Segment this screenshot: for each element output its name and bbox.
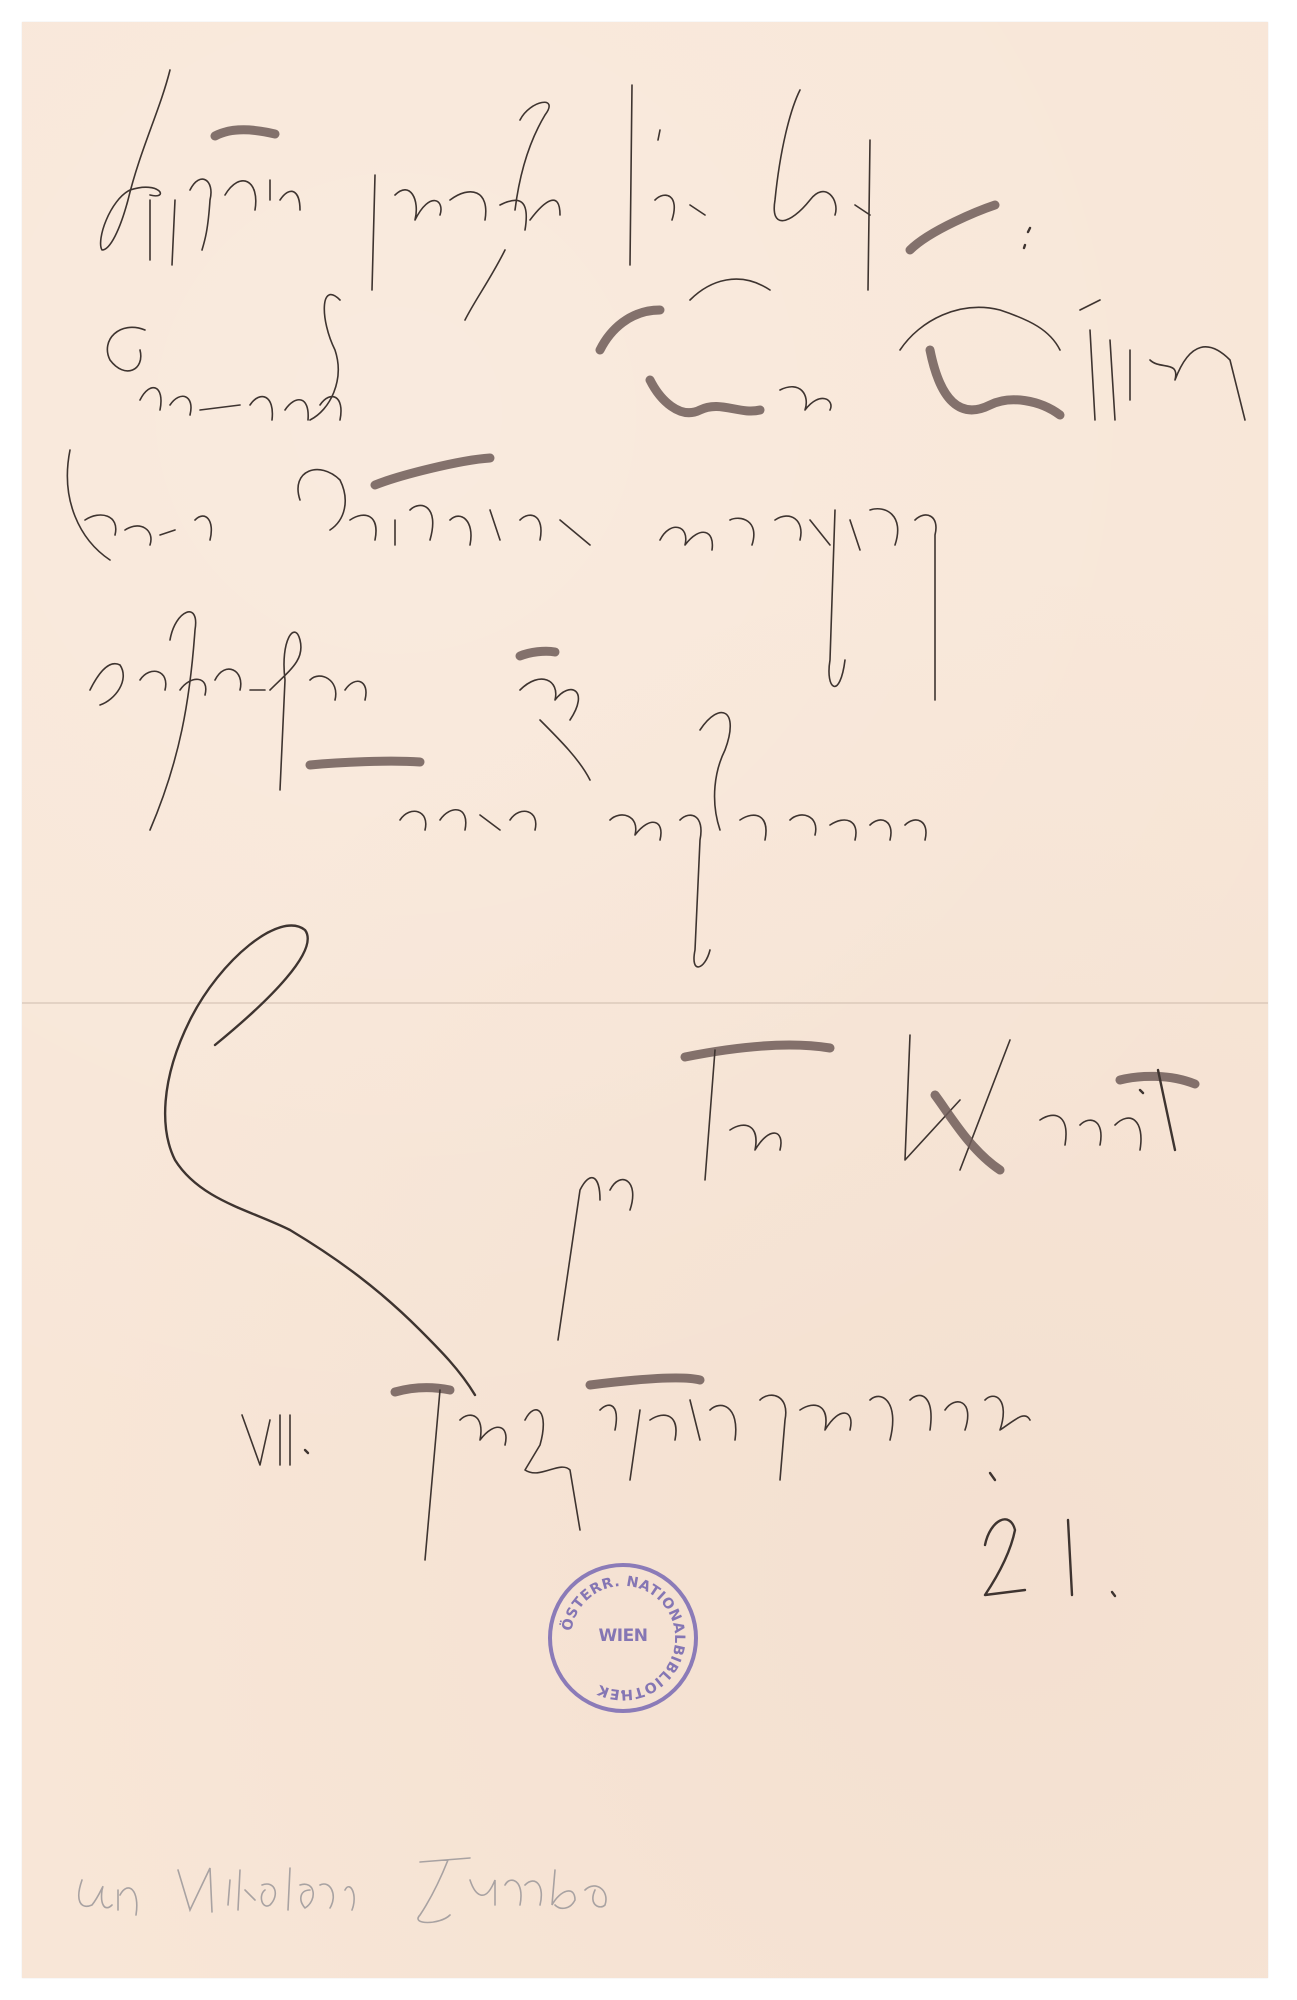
handwriting-line-4	[90, 612, 590, 830]
handwriting-line-1	[101, 70, 1030, 320]
handwriting-line-5	[310, 713, 926, 967]
address-block	[242, 1378, 1115, 1596]
pencil-annotation	[79, 1858, 606, 1923]
handwriting-line-3	[85, 458, 936, 700]
library-stamp: ÖSTERR. NATIONALBIBLIOTHEK WIEN	[548, 1563, 698, 1713]
stamp-center-text: WIEN	[552, 1626, 694, 1646]
handwriting-line-2	[67, 279, 1245, 560]
signature-gustav-klimt	[165, 926, 1195, 1395]
